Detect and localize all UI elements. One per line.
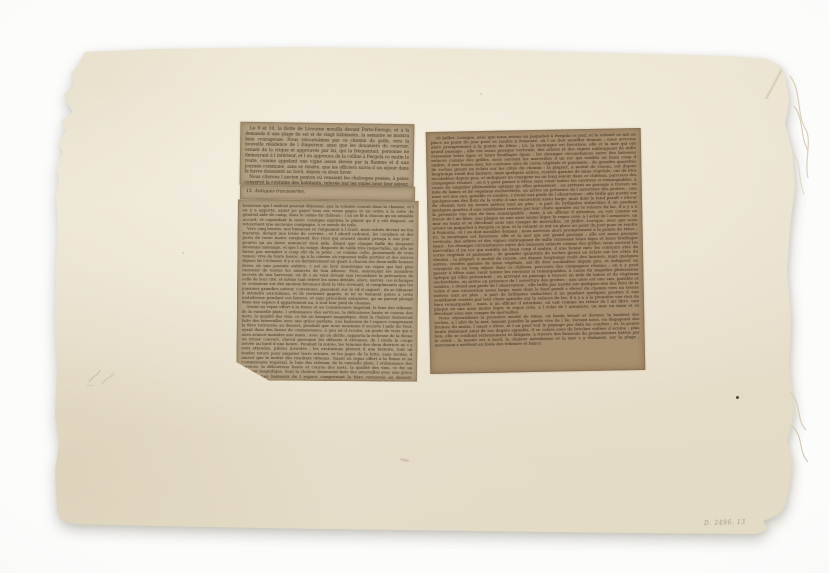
clipping-right-paragraph: Nous séjournâmes la première moitié de M… bbox=[434, 312, 640, 347]
ink-speck bbox=[736, 396, 739, 399]
clipping-top-text: Le 9 et 10, la flotte de Livourne mouill… bbox=[240, 123, 413, 187]
foxing-speck bbox=[182, 252, 184, 254]
pencil-inscription: D. 2496. 13 bbox=[704, 518, 774, 527]
clipping-left-paragraph: heureuse qui l endroit pouvait déjeuner,… bbox=[243, 203, 414, 227]
pencil-smudge-marks bbox=[84, 360, 124, 390]
newspaper-clipping-right: 26 Juillet. Lorsque, avec que nous avion… bbox=[426, 128, 646, 374]
clipping-left-text: heureuse qui l endroit pouvait déjeuner,… bbox=[237, 200, 418, 382]
newspaper-clipping-left: heureuse qui l endroit pouvait déjeuner,… bbox=[236, 199, 419, 382]
clipping-top-paragraph: Le 9 et 10, la flotte de Livourne mouill… bbox=[245, 126, 410, 177]
newspaper-clipping-top: Le 9 et 10, la flotte de Livourne mouill… bbox=[240, 122, 415, 187]
clipping-left-paragraph: Vers cinq heures, nos hameaux se rangeai… bbox=[242, 226, 414, 306]
foxing-speck bbox=[480, 93, 482, 95]
clipping-left-paragraph: Quant au repas offert à la Reine et au C… bbox=[241, 304, 413, 381]
paper-fiber-threads-top bbox=[778, 66, 829, 206]
foxing-speck bbox=[520, 212, 522, 214]
clipping-right-text: 26 Juillet. Lorsque, avec que nous avion… bbox=[427, 129, 644, 351]
paper-sheet-shadow: Le 9 et 10, la flotte de Livourne mouill… bbox=[0, 0, 829, 573]
caption-strip-text: 15. Antiques tracasseries. bbox=[241, 186, 414, 198]
clipping-right-paragraph: 26 Juillet. Lorsque, avec que nous avion… bbox=[431, 132, 639, 316]
photo-background: Le 9 et 10, la flotte de Livourne mouill… bbox=[0, 0, 829, 573]
caption-line: 15. Antiques tracasseries. bbox=[246, 189, 409, 196]
newspaper-clipping-caption-strip: 15. Antiques tracasseries. bbox=[240, 185, 415, 201]
paper-sheet: Le 9 et 10, la flotte de Livourne mouill… bbox=[0, 0, 829, 573]
paper-fiber-threads-bottom bbox=[776, 386, 826, 476]
faint-stain bbox=[400, 458, 409, 462]
